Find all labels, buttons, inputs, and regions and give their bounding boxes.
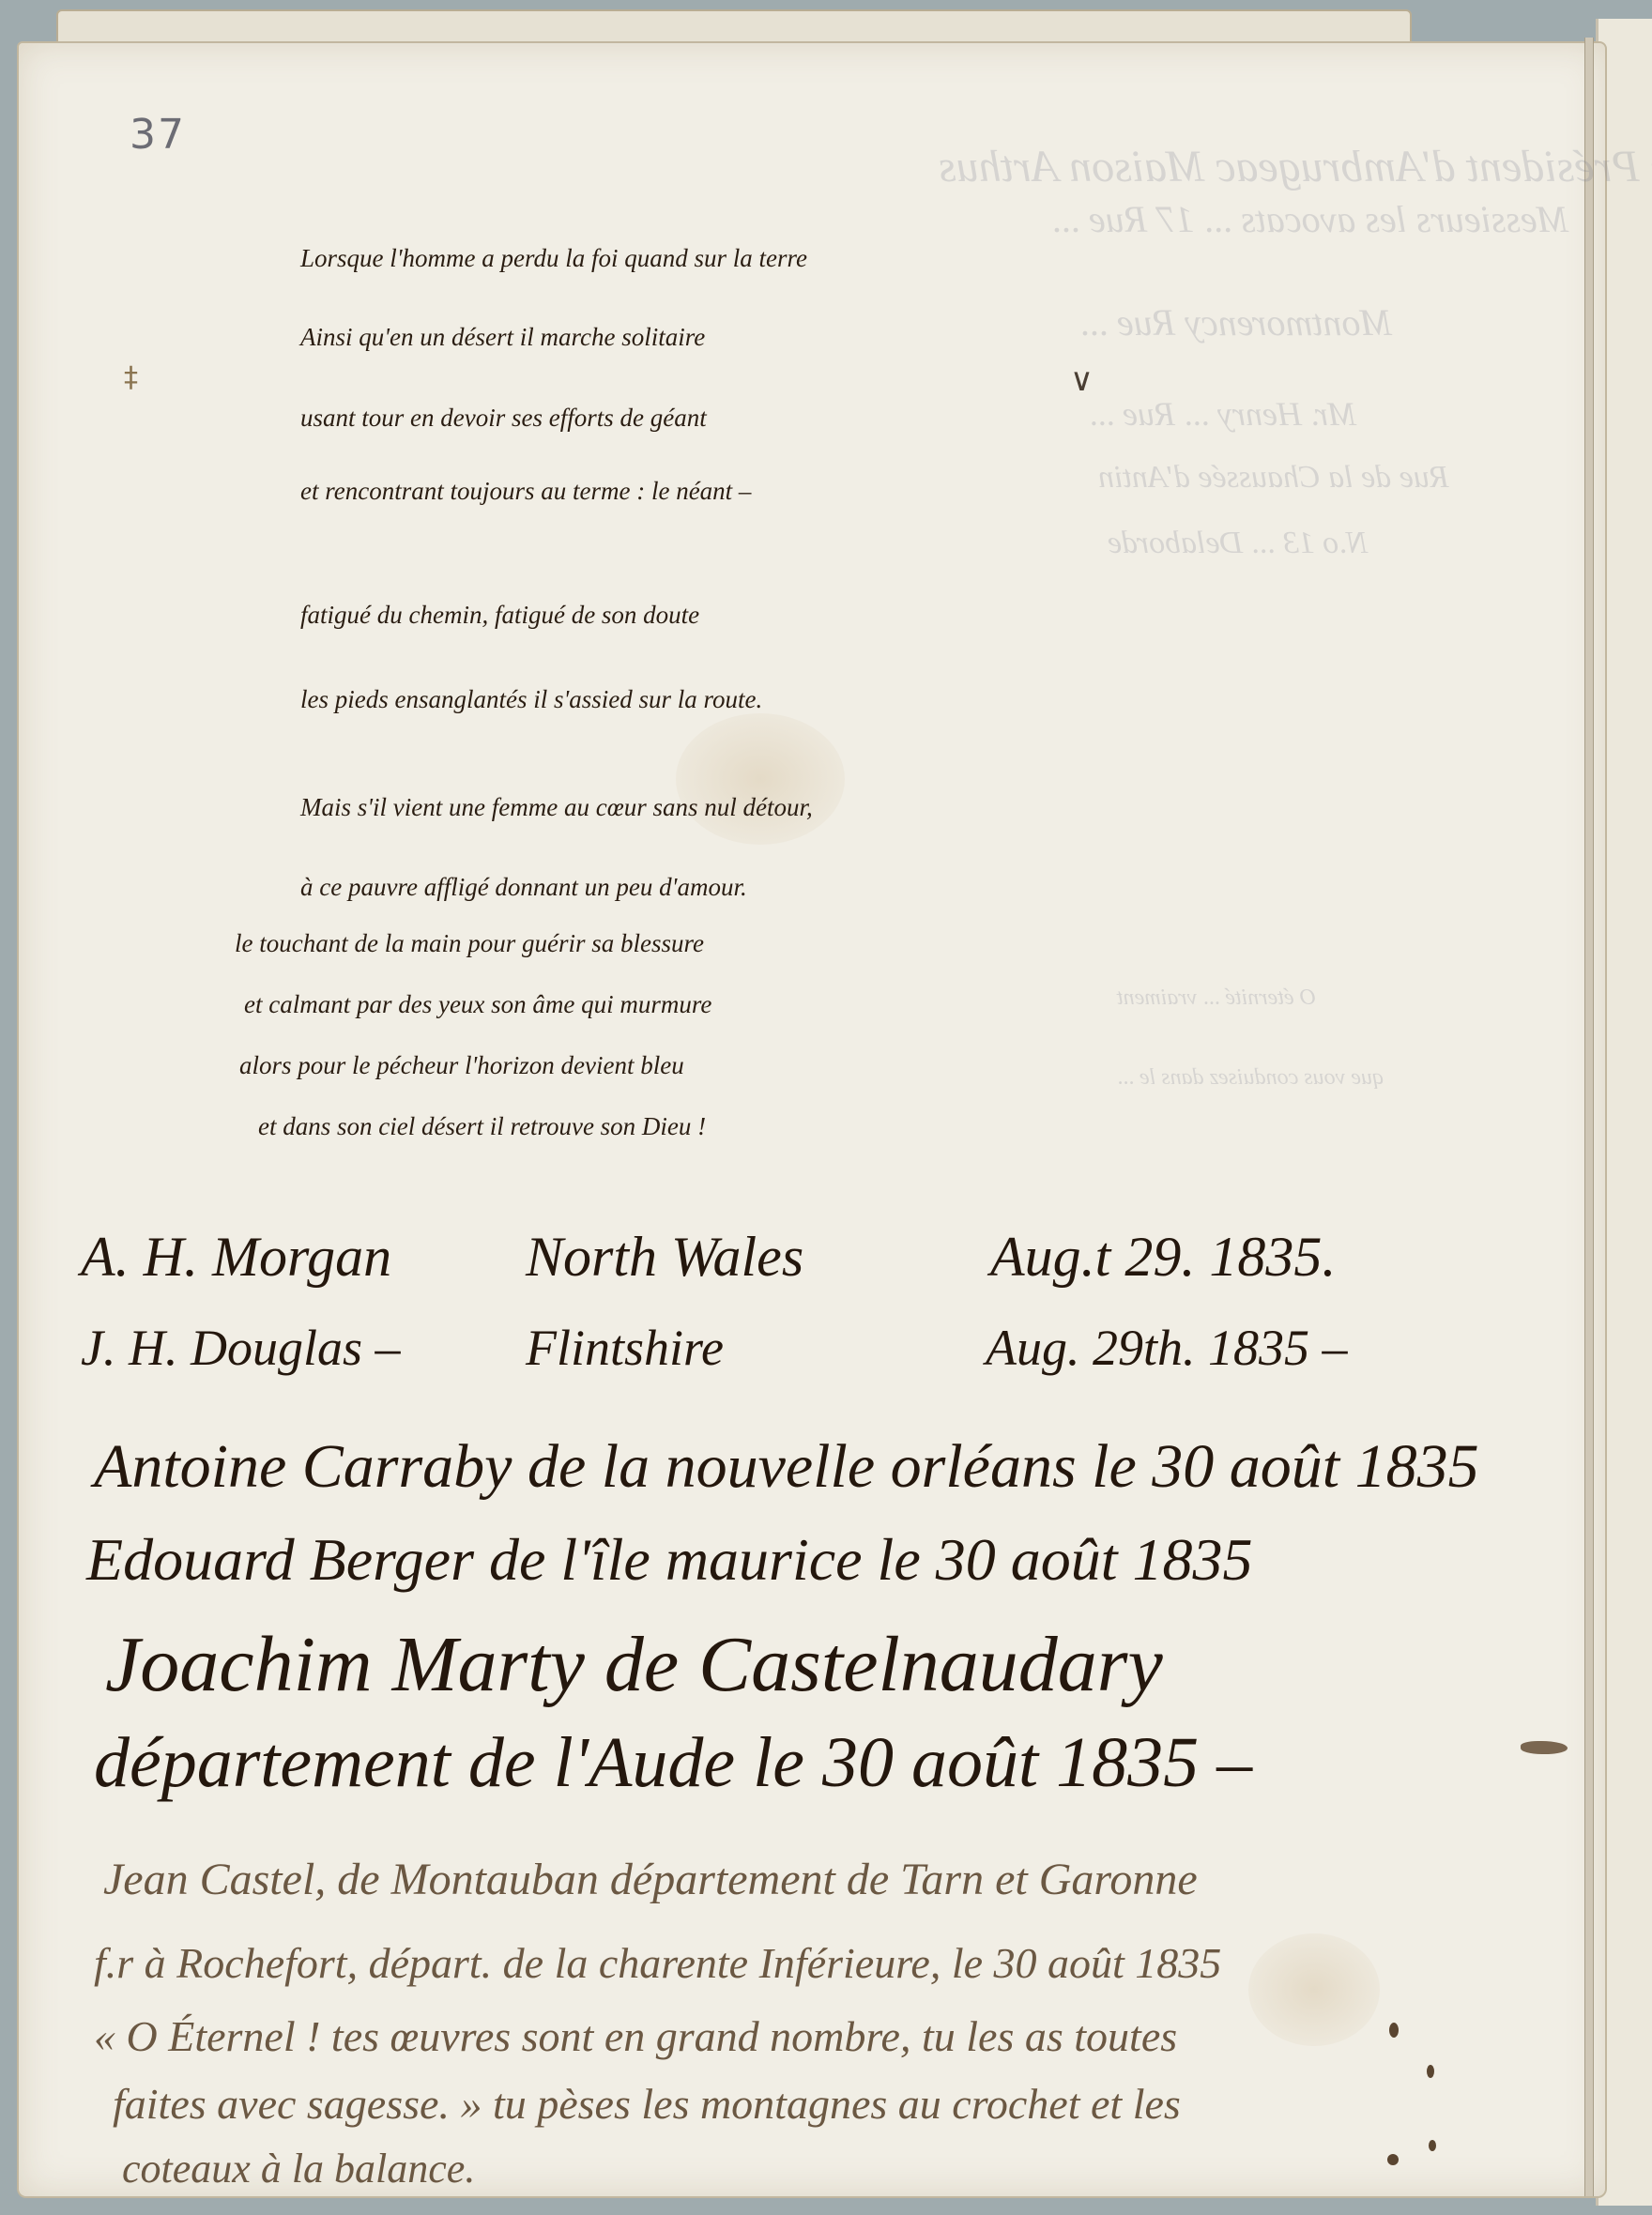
- margin-mark-icon: ‡: [124, 361, 138, 394]
- brown-entry: Jean Castel, de Montauban département de…: [103, 1854, 1198, 1905]
- ink-blot: [1521, 1741, 1568, 1754]
- signature-name: J. H. Douglas –: [81, 1319, 400, 1377]
- folio-number: 37: [130, 111, 186, 159]
- bleed-through-line: Messieurs les avocats ... 17 Rue ...: [1051, 197, 1568, 241]
- book-gutter: [1584, 38, 1594, 2196]
- brown-entry: « O Éternel ! tes œuvres sont en grand n…: [94, 2011, 1177, 2061]
- signature-date: Aug.t 29. 1835.: [990, 1225, 1336, 1290]
- signature-date: Aug. 29th. 1835 –: [986, 1319, 1348, 1377]
- ink-blot: [1429, 2140, 1436, 2151]
- bleed-through-line: O éternité ... vraiment: [1117, 985, 1316, 1011]
- french-entry: Edouard Berger de l'île maurice le 30 ao…: [86, 1525, 1253, 1595]
- paper-stain: [1248, 1933, 1380, 2046]
- bleed-through-line: Montmorency Rue ...: [1079, 300, 1392, 344]
- french-entry: Joachim Marty de Castelnaudary: [105, 1619, 1163, 1710]
- ink-blot: [1387, 2154, 1399, 2165]
- bleed-through-line: Le Président d'Ambrugeac Maison Arthus: [939, 141, 1652, 192]
- bleed-through-line: N.o 13 ... Delaborde: [1108, 526, 1368, 561]
- signature-name: A. H. Morgan: [81, 1225, 391, 1290]
- paper-stain: [676, 713, 845, 845]
- bleed-through-line: Rue de la Chaussée d'Antin: [1098, 460, 1449, 496]
- bleed-through-line: Mr. Henry ... Rue ...: [1089, 394, 1356, 434]
- brown-entry: f.r à Rochefort, départ. de la charente …: [94, 1938, 1221, 1988]
- signature-place: Flintshire: [526, 1319, 724, 1377]
- bleed-through-line: que vous conduisez dans le ...: [1117, 1065, 1384, 1091]
- ink-blot: [1427, 2065, 1434, 2078]
- signature-place: North Wales: [526, 1225, 803, 1290]
- french-entry: département de l'Aude le 30 août 1835 –: [94, 1722, 1252, 1804]
- brown-entry: faites avec sagesse. » tu pèses les mont…: [113, 2079, 1181, 2129]
- brown-entry: coteaux à la balance.: [122, 2145, 475, 2192]
- french-entry: Antoine Carraby de la nouvelle orléans l…: [94, 1431, 1479, 1503]
- pencil-check-icon: ∨: [1070, 361, 1094, 399]
- ink-blot: [1389, 2023, 1399, 2038]
